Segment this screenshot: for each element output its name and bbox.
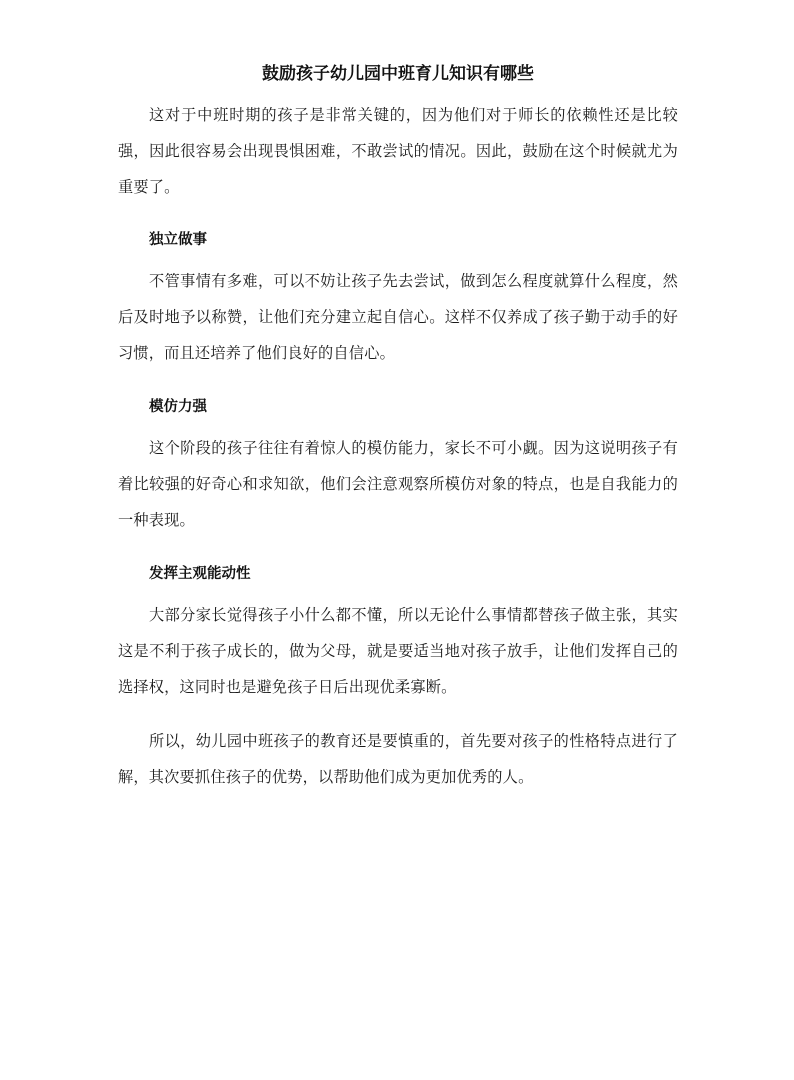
section-1: 独立做事: [118, 228, 678, 252]
conclusion-block: 所以，幼儿园中班孩子的教育还是要慎重的，首先要对孩子的性格特点进行了解，其次要抓…: [118, 723, 678, 795]
section-heading: 独立做事: [118, 228, 678, 252]
intro-block: 这对于中班时期的孩子是非常关键的，因为他们对于师长的依赖性还是比较强，因此很容易…: [118, 97, 678, 205]
intro-paragraph: 这对于中班时期的孩子是非常关键的，因为他们对于师长的依赖性还是比较强，因此很容易…: [118, 97, 678, 205]
section-3: 发挥主观能动性: [118, 562, 678, 586]
section-2: 模仿力强: [118, 395, 678, 419]
section-1-body: 不管事情有多难，可以不妨让孩子先去尝试，做到怎么程度就算什么程度，然后及时地予以…: [118, 263, 678, 371]
section-heading: 模仿力强: [118, 395, 678, 419]
section-paragraph: 不管事情有多难，可以不妨让孩子先去尝试，做到怎么程度就算什么程度，然后及时地予以…: [118, 263, 678, 371]
document-title: 鼓励孩子幼儿园中班育儿知识有哪些: [118, 62, 678, 86]
section-3-body: 大部分家长觉得孩子小什么都不懂，所以无论什么事情都替孩子做主张，其实这是不利于孩…: [118, 597, 678, 705]
section-paragraph: 大部分家长觉得孩子小什么都不懂，所以无论什么事情都替孩子做主张，其实这是不利于孩…: [118, 597, 678, 705]
section-2-body: 这个阶段的孩子往往有着惊人的模仿能力，家长不可小觑。因为这说明孩子有着比较强的好…: [118, 430, 678, 538]
section-paragraph: 这个阶段的孩子往往有着惊人的模仿能力，家长不可小觑。因为这说明孩子有着比较强的好…: [118, 430, 678, 538]
conclusion-paragraph: 所以，幼儿园中班孩子的教育还是要慎重的，首先要对孩子的性格特点进行了解，其次要抓…: [118, 723, 678, 795]
section-heading: 发挥主观能动性: [118, 562, 678, 586]
